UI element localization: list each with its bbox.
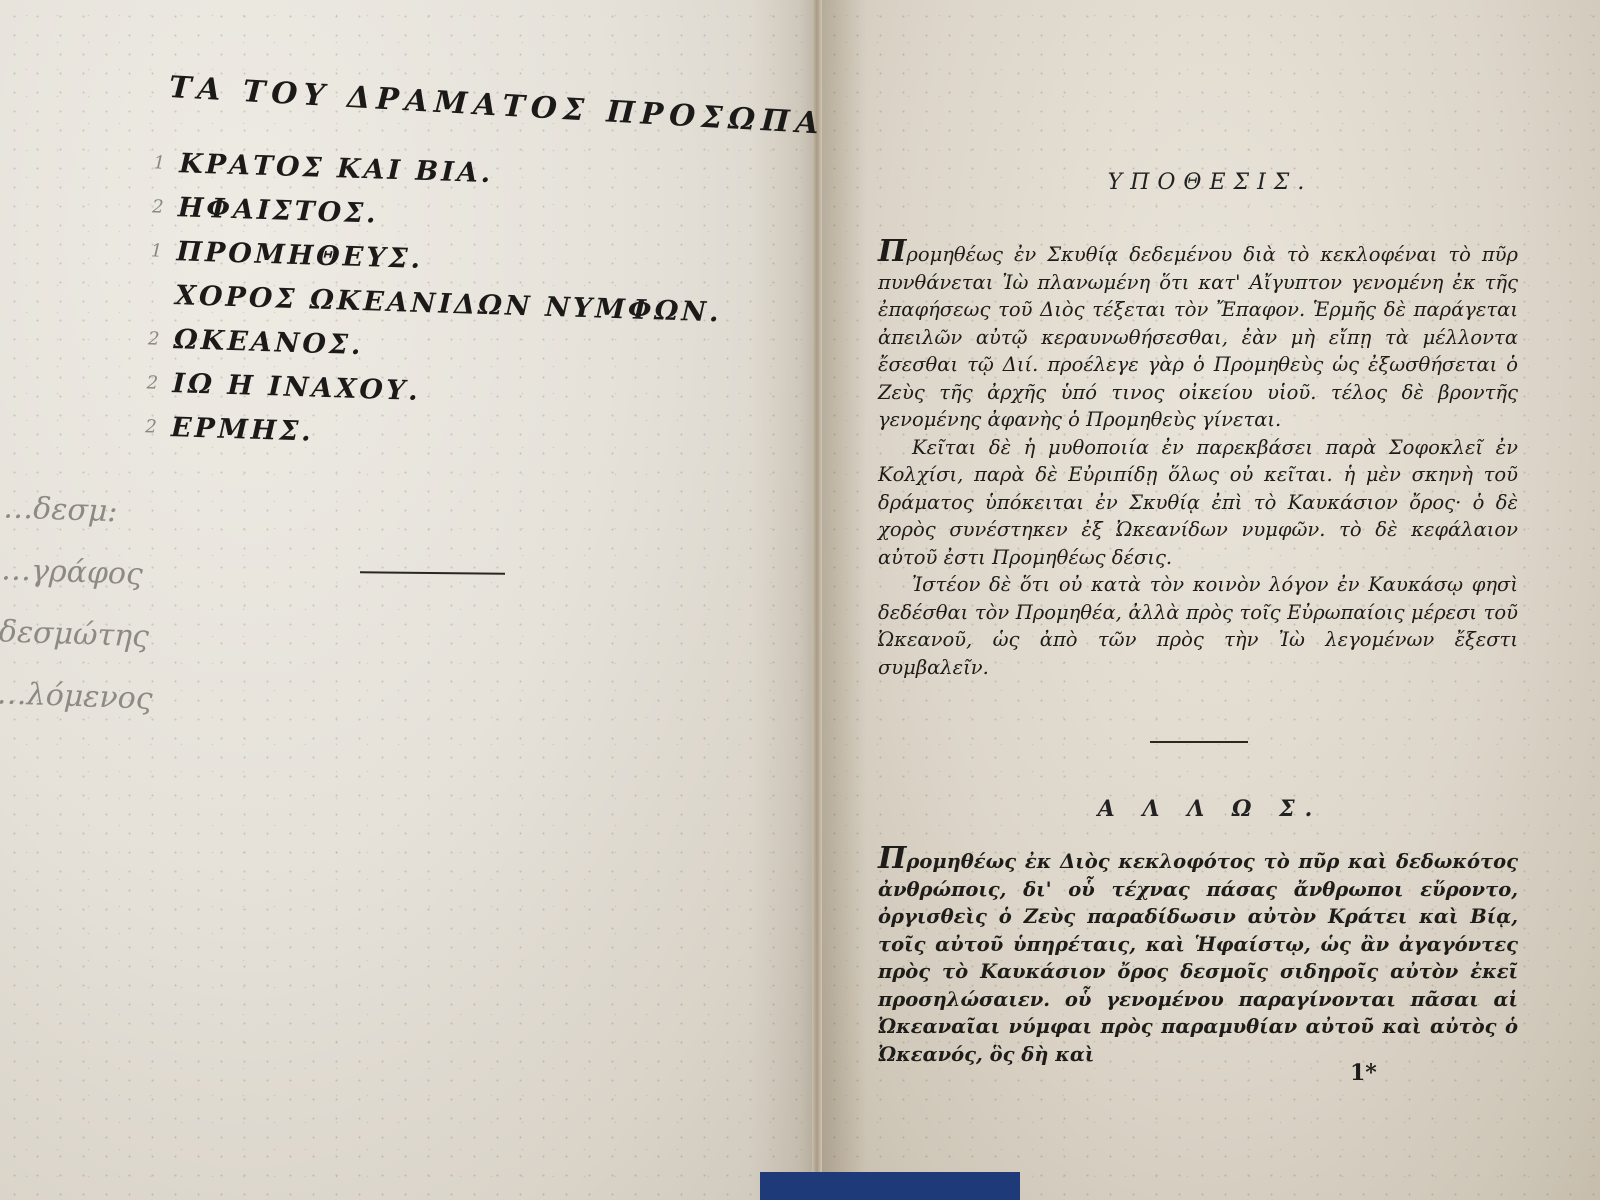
pencil-note-line: …λόμενος — [0, 663, 154, 730]
drop-cap: Π — [878, 234, 906, 269]
pencil-number — [135, 294, 175, 295]
pencil-number: 2 — [133, 327, 174, 349]
hypothesis-paragraph: Προμηθέως ἐν Σκυθίᾳ δεδεμένου διὰ τὸ κεκ… — [878, 238, 1518, 434]
pencil-number: 2 — [131, 415, 172, 437]
cast-name: ΙΩ Η ΙΝΑΧΟΥ. — [172, 368, 421, 407]
pencil-number: 2 — [132, 371, 173, 393]
pencil-number: 2 — [138, 195, 179, 217]
pencil-note-line: …δεσμ: — [2, 477, 160, 544]
cast-name: ΠΡΟΜΗΘΕΥΣ. — [176, 236, 423, 275]
hypothesis-title: ΥΠΟΘΕΣΙΣ. — [820, 170, 1600, 195]
cast-name: ΗΦΑΙΣΤΟΣ. — [177, 192, 379, 229]
drop-cap: Π — [878, 841, 906, 876]
hypothesis-paragraph: Κεῖται δὲ ἡ μυθοποιία ἐν παρεκβάσει παρὰ… — [878, 434, 1518, 572]
cast-name: ΩΚΕΑΝΟΣ. — [173, 324, 364, 361]
cast-name: ΚΡΑΤΟΣ ΚΑΙ ΒΙΑ. — [179, 148, 494, 189]
allos-paragraph: Προμηθέως ἐκ Διὸς κεκλοφότος τὸ πῦρ καὶ … — [878, 845, 1518, 1068]
pencil-number: 1 — [136, 239, 177, 261]
pencil-number: 1 — [139, 151, 180, 173]
allos-title: Α Λ Λ Ω Σ. — [820, 796, 1600, 822]
pencil-marginalia: …δεσμ: …γράφος δεσμώτης …λόμενος — [0, 477, 160, 730]
pencil-note-line: …γράφος — [0, 539, 158, 606]
hypothesis-paragraph: Ἰστέον δὲ ὅτι οὐ κατὰ τὸν κοινὸν λόγον ἐ… — [878, 571, 1518, 681]
hypothesis-body: Προμηθέως ἐν Σκυθίᾳ δεδεμένου διὰ τὸ κεκ… — [878, 238, 1518, 681]
allos-body: Προμηθέως ἐκ Διὸς κεκλοφότος τὸ πῦρ καὶ … — [878, 845, 1518, 1068]
signature-mark: 1* — [1350, 1060, 1377, 1086]
background-cloth — [760, 1172, 1020, 1200]
cast-name: ΕΡΜΗΣ. — [171, 412, 315, 447]
cast-list: 1 ΚΡΑΤΟΣ ΚΑΙ ΒΙΑ. 2 ΗΦΑΙΣΤΟΣ. 1 ΠΡΟΜΗΘΕΥ… — [130, 140, 726, 466]
open-book: ΤΑ ΤΟΥ ΔΡΑΜΑΤΟΣ ΠΡΟΣΩΠΑ 1 ΚΡΑΤΟΣ ΚΑΙ ΒΙΑ… — [0, 0, 1600, 1200]
pencil-note-line: δεσμώτης — [0, 601, 156, 668]
section-rule — [1150, 741, 1248, 743]
